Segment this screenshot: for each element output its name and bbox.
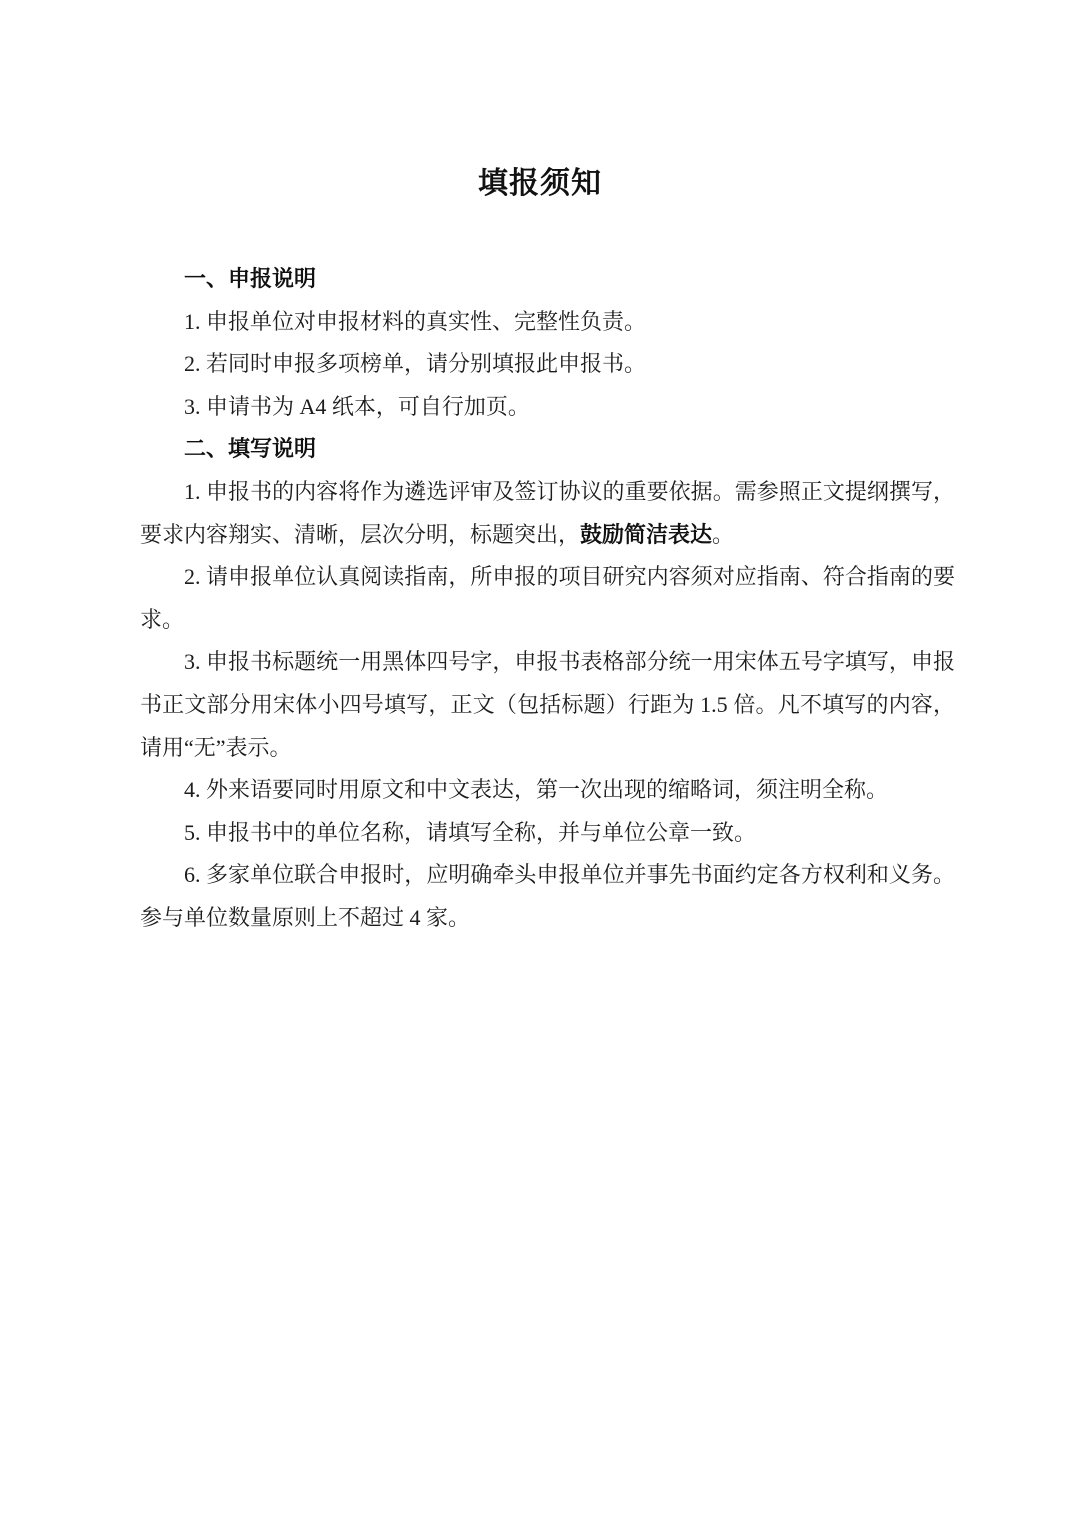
paragraph-filling-1-bold-text: 鼓励简洁表达: [580, 522, 712, 547]
paragraph-filling-1-text-before: 1. 申报书的内容将作为遴选评审及签订协议的重要依据。需参照正文提纲撰写，要求内…: [140, 479, 955, 547]
notice-body: 一、申报说明 1. 申报单位对申报材料的真实性、完整性负责。 2. 若同时申报多…: [0, 258, 1080, 940]
paragraph-filling-5: 5. 申报书中的单位名称，请填写全称，并与单位公章一致。: [140, 812, 955, 855]
paragraph-filling-1-text-after: 。: [712, 522, 734, 547]
paragraph-filling-2: 2. 请申报单位认真阅读指南，所申报的项目研究内容须对应指南、符合指南的要求。: [140, 556, 955, 641]
page-title: 填报须知: [0, 162, 1080, 205]
paragraph-declaration-1: 1. 申报单位对申报材料的真实性、完整性负责。: [140, 301, 955, 344]
paragraph-filling-4: 4. 外来语要同时用原文和中文表达，第一次出现的缩略词，须注明全称。: [140, 769, 955, 812]
section-heading-filling: 二、填写说明: [140, 428, 955, 471]
paragraph-filling-1: 1. 申报书的内容将作为遴选评审及签订协议的重要依据。需参照正文提纲撰写，要求内…: [140, 471, 955, 556]
document-page: 填报须知 一、申报说明 1. 申报单位对申报材料的真实性、完整性负责。 2. 若…: [0, 0, 1080, 1527]
paragraph-filling-6: 6. 多家单位联合申报时，应明确牵头申报单位并事先书面约定各方权利和义务。参与单…: [140, 854, 955, 939]
paragraph-declaration-2: 2. 若同时申报多项榜单，请分别填报此申报书。: [140, 343, 955, 386]
paragraph-declaration-3: 3. 申请书为 A4 纸本，可自行加页。: [140, 386, 955, 429]
section-heading-declaration: 一、申报说明: [140, 258, 955, 301]
paragraph-filling-3: 3. 申报书标题统一用黑体四号字，申报书表格部分统一用宋体五号字填写，申报书正文…: [140, 641, 955, 769]
